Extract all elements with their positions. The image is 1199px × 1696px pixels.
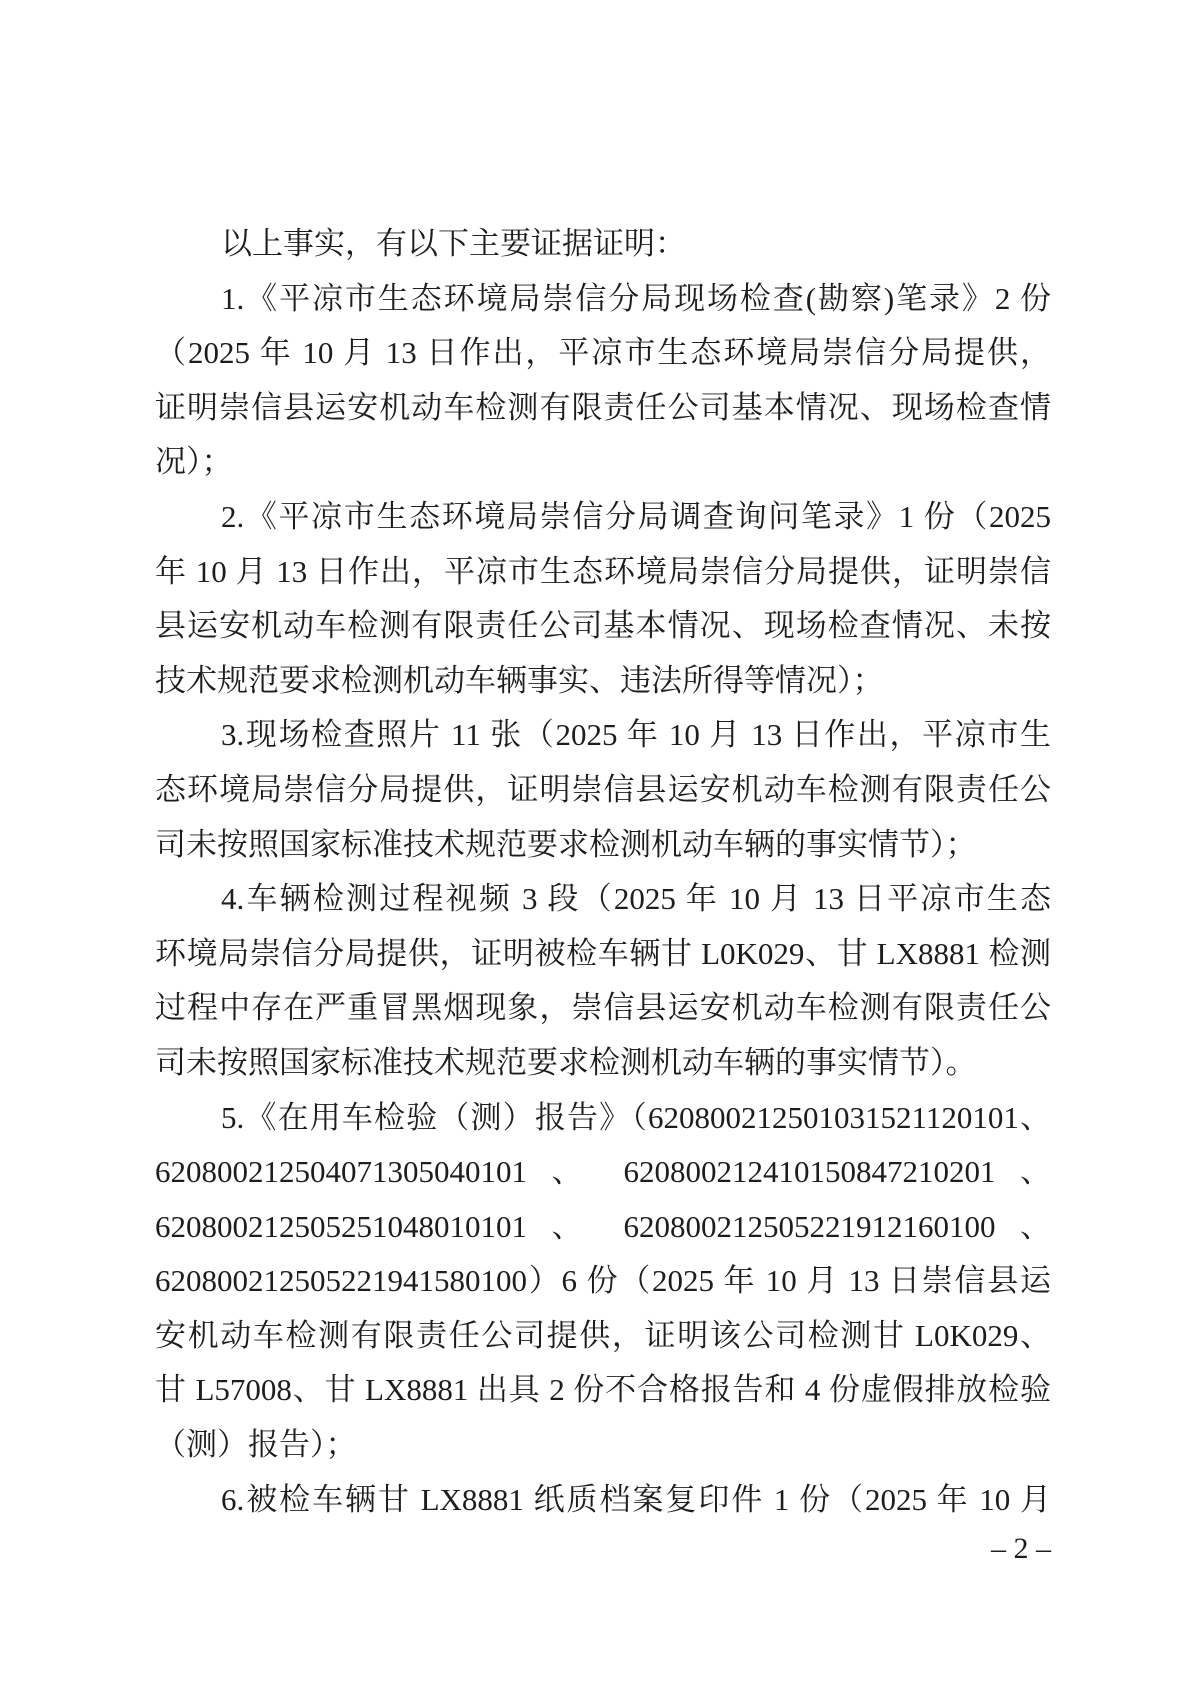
text-line: 620800212504071305040101 、 6208002124101… bbox=[155, 1145, 1051, 1200]
text-line: 5.《在用车检验（测）报告》（620800212501031521120101、 bbox=[155, 1091, 1051, 1146]
text-line: 安机动车检测有限责任公司提供，证明该公司检测甘 L0K029、 bbox=[155, 1309, 1051, 1364]
evidence-item-5: 5.《在用车检验（测）报告》（620800212501031521120101、… bbox=[155, 1091, 1051, 1473]
text-line: 年 10 月 13 日作出，平凉市生态环境局崇信分局提供，证明崇信 bbox=[155, 545, 1051, 600]
evidence-item-4: 4.车辆检测过程视频 3 段（2025 年 10 月 13 日平凉市生态环境局崇… bbox=[155, 872, 1051, 1090]
text-line: 环境局崇信分局提供，证明被检车辆甘 L0K029、甘 LX8881 检测 bbox=[155, 927, 1051, 982]
text-line: 4.车辆检测过程视频 3 段（2025 年 10 月 13 日平凉市生态 bbox=[155, 872, 1051, 927]
text-line: （测）报告）； bbox=[155, 1418, 1051, 1473]
text-line: 司未按照国家标准技术规范要求检测机动车辆的事实情节）。 bbox=[155, 1036, 1051, 1091]
text-line: 3.现场检查照片 11 张（2025 年 10 月 13 日作出，平凉市生 bbox=[155, 708, 1051, 763]
evidence-item-1: 1.《平凉市生态环境局崇信分局现场检查(勘察)笔录》2 份（2025 年 10 … bbox=[155, 272, 1051, 490]
evidence-item-6: 6.被检车辆甘 LX8881 纸质档案复印件 1 份（2025 年 10 月 bbox=[155, 1473, 1051, 1528]
text-line: 620800212505221941580100）6 份（2025 年 10 月… bbox=[155, 1254, 1051, 1309]
evidence-item-3: 3.现场检查照片 11 张（2025 年 10 月 13 日作出，平凉市生态环境… bbox=[155, 708, 1051, 872]
evidence-item-2: 2.《平凉市生态环境局崇信分局调查询问笔录》1 份（2025年 10 月 13 … bbox=[155, 490, 1051, 708]
text-line: 态环境局崇信分局提供，证明崇信县运安机动车检测有限责任公 bbox=[155, 763, 1051, 818]
document-page: 以上事实，有以下主要证据证明：1.《平凉市生态环境局崇信分局现场检查(勘察)笔录… bbox=[0, 0, 1199, 1696]
text-line: 司未按照国家标准技术规范要求检测机动车辆的事实情节）； bbox=[155, 818, 1051, 873]
text-line: 技术规范要求检测机动车辆事实、违法所得等情况）； bbox=[155, 654, 1051, 709]
text-line: 6.被检车辆甘 LX8881 纸质档案复印件 1 份（2025 年 10 月 bbox=[155, 1473, 1051, 1528]
text-line: 况）； bbox=[155, 435, 1051, 490]
text-line: 620800212505251048010101 、 6208002125052… bbox=[155, 1200, 1051, 1255]
text-line: 1.《平凉市生态环境局崇信分局现场检查(勘察)笔录》2 份 bbox=[155, 272, 1051, 327]
page-number: – 2 – bbox=[155, 1528, 1051, 1570]
text-line: （2025 年 10 月 13 日作出，平凉市生态环境局崇信分局提供， bbox=[155, 326, 1051, 381]
document-body: 以上事实，有以下主要证据证明：1.《平凉市生态环境局崇信分局现场检查(勘察)笔录… bbox=[155, 217, 1051, 1527]
text-line: 证明崇信县运安机动车检测有限责任公司基本情况、现场检查情 bbox=[155, 381, 1051, 436]
text-line: 县运安机动车检测有限责任公司基本情况、现场检查情况、未按 bbox=[155, 599, 1051, 654]
text-line: 过程中存在严重冒黑烟现象，崇信县运安机动车检测有限责任公 bbox=[155, 981, 1051, 1036]
intro-paragraph: 以上事实，有以下主要证据证明： bbox=[155, 217, 1051, 272]
text-line: 2.《平凉市生态环境局崇信分局调查询问笔录》1 份（2025 bbox=[155, 490, 1051, 545]
text-line: 以上事实，有以下主要证据证明： bbox=[155, 217, 1051, 272]
text-line: 甘 L57008、甘 LX8881 出具 2 份不合格报告和 4 份虚假排放检验 bbox=[155, 1363, 1051, 1418]
